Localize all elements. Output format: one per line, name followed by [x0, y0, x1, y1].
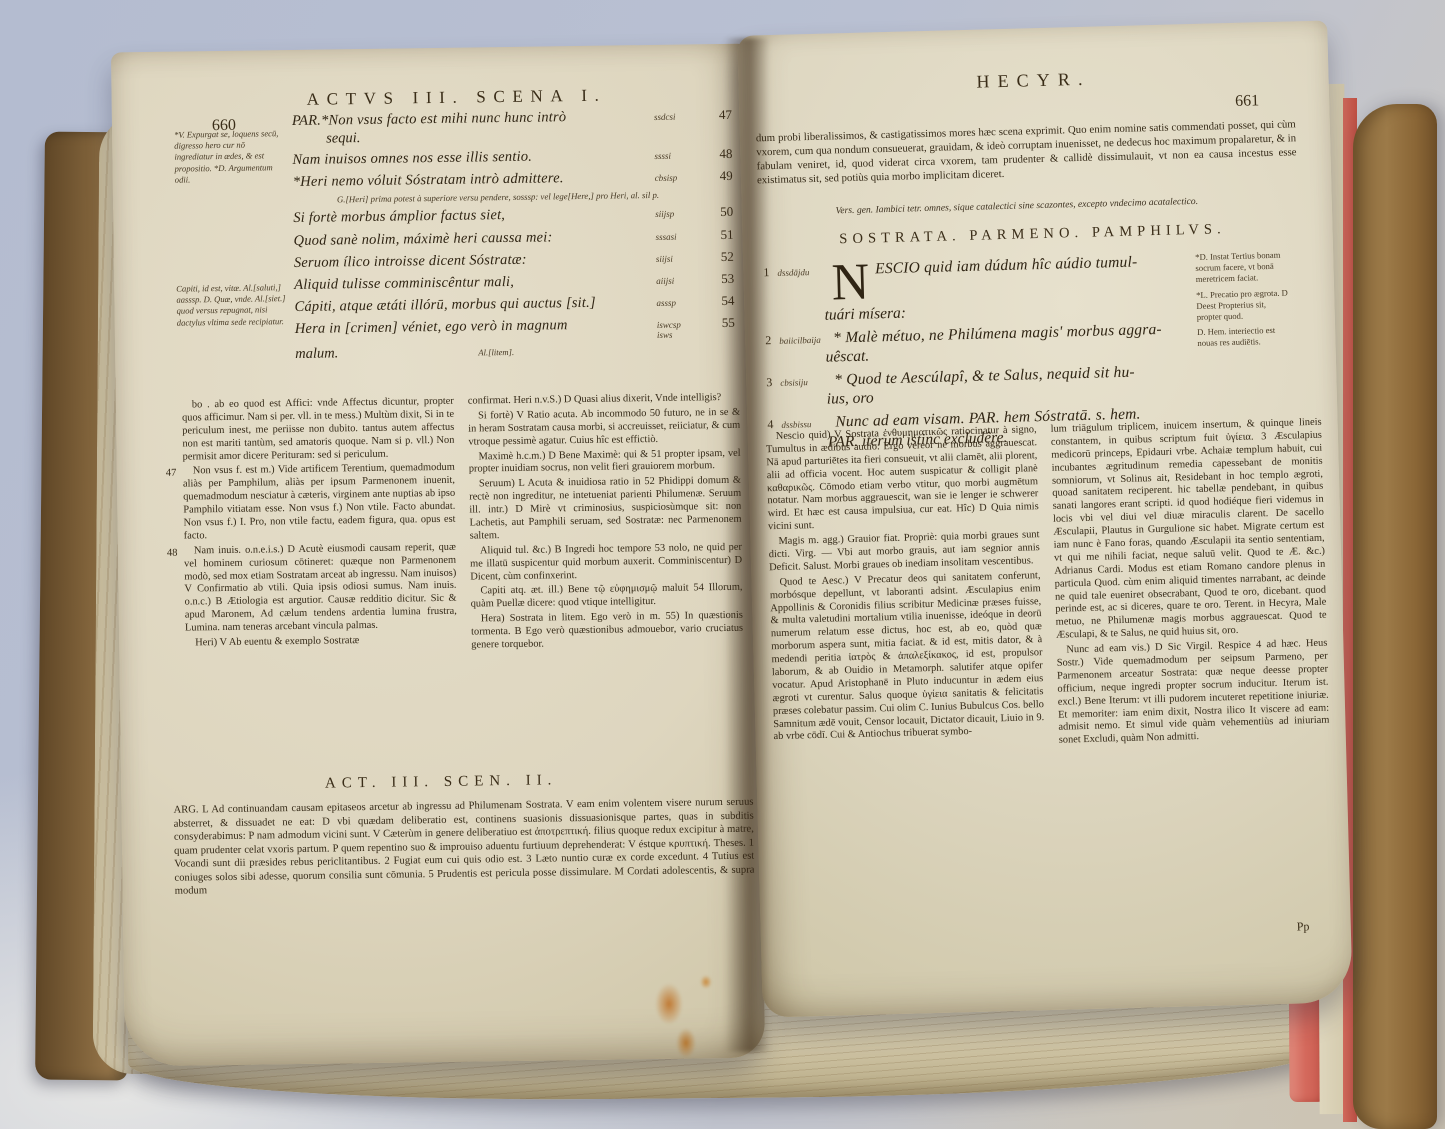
- foxing-stain: [655, 983, 683, 1025]
- left-page-running-head: ACTVS III. SCENA I.: [281, 85, 631, 110]
- verse-line: Cápiti, atque ætáti illórū, morbus qui a…: [294, 292, 734, 316]
- commentary-paragraph: confirmat. Heri n.v.S.) D Quasi alius di…: [468, 392, 740, 409]
- left-commentary-col1: bo . ab eo quod est Affici: vnde Affectu…: [182, 396, 458, 659]
- right-commentary: Nescio quid) V Sostrata ἐνθυμηματικῶς ra…: [766, 417, 1330, 758]
- left-commentary: bo . ab eo quod est Affici: vnde Affectu…: [182, 392, 746, 659]
- scene-characters-heading: SOSTRATA. PARMENO. PAMPHILVS.: [822, 221, 1242, 249]
- commentary-paragraph: 47Non vsus f. est m.) Vide artificem Ter…: [183, 462, 456, 543]
- right-cover-edge: [1353, 104, 1437, 1129]
- verse-ref-number: 48: [167, 546, 178, 559]
- verse-line: Si fortè morbus ámplior factus siet, sii…: [293, 203, 733, 227]
- commentary-paragraph: Magis m. agg.) Grauior fiat. Propriè: qu…: [768, 529, 1040, 575]
- commentary-paragraph: lum triāgulum triplicem, inuicem insertu…: [1051, 417, 1328, 643]
- commentary-paragraph: Hera) Sostrata in litem. Ego verò in m. …: [471, 610, 744, 652]
- left-margin-note-mid: Capiti, id est, vitæ. Al.[saluti,] aasss…: [176, 282, 289, 328]
- verse-variant-note: G.[Heri] prima potest à superiore versu …: [323, 190, 673, 205]
- scene-intro-paragraph: dum probi liberalissimos, & castigatissi…: [756, 117, 1297, 187]
- commentary-paragraph: bo . ab eo quod est Affici: vnde Affectu…: [182, 396, 455, 464]
- commentary-paragraph: Heri) V Ab euentu & exemplo Sostratæ: [185, 634, 457, 651]
- commentary-paragraph: Nunc ad eam vis.) D Sic Virgil. Respice …: [1056, 638, 1330, 748]
- commentary-paragraph: Seruum) L Acuta & inuidiosa ratio in 52 …: [469, 475, 742, 543]
- right-commentary-col2: lum triāgulum triplicem, inuicem insertu…: [1051, 417, 1330, 750]
- verse-variant-subnote: Al.[litem].: [478, 347, 514, 357]
- book-photo: ACTVS III. SCENA I. 660 *V. Expurgat se,…: [0, 0, 1445, 1129]
- left-margin-note-top: *V. Expurgat se, loquens secū, digresso …: [174, 128, 283, 185]
- commentary-paragraph: Si fortè) V Ratio acuta. Ab incommodo 50…: [468, 407, 741, 449]
- commentary-paragraph: Maximè h.c.m.) D Bene Maximè: qui & 51 p…: [469, 447, 741, 477]
- verse-line: Seruom ílico introisse dicent Sóstratæ: …: [294, 247, 734, 271]
- margin-note: *L. Precatio pro ægrota. D Deest Propter…: [1196, 287, 1289, 323]
- gathering-signature: Pp: [1297, 919, 1310, 934]
- verse-line: Nam inuisos omnes nos esse illis sentio.…: [292, 145, 732, 169]
- act3-scene2-argument: ARG. L Ad continuandam causam epitaseos …: [173, 796, 754, 899]
- right-page-running-head: HECYR.: [858, 66, 1208, 96]
- verse-line: malum. Al.[litem].: [295, 343, 735, 366]
- commentary-paragraph: Aliquid tul. &c.) B Ingredi hoc tempore …: [470, 542, 743, 584]
- right-margin-notes: *D. Instat Tertius bonam socrum facere, …: [1195, 250, 1290, 354]
- commentary-paragraph: Quod te Aesc.) V Precatur deos qui sanit…: [769, 570, 1044, 745]
- margin-note: D. Hem. interiectio est nouas res audiēt…: [1197, 325, 1290, 350]
- verse-line: Aliquid tulisse comminiscêntur mali, aii…: [294, 270, 734, 294]
- left-verse-block: PAR.*Non vsus facto est mihi nunc hunc i…: [292, 106, 736, 370]
- commentary-paragraph: Nescio quid) V Sostrata ἐνθυμηματικῶς ra…: [766, 424, 1040, 534]
- verse-line: Hera in [crimen] véniet, ego verò in mag…: [295, 314, 735, 345]
- verse-genus-note: Vers. gen. Iambici tetr. omnes, sique ca…: [782, 194, 1252, 217]
- commentary-paragraph: 48Nam inuis. o.n.e.i.s.) D Acutè eiusmod…: [184, 542, 457, 636]
- act3-scene2-heading: ACT. III. SCEN. II.: [121, 770, 761, 796]
- right-commentary-col1: Nescio quid) V Sostrata ἐνθυμηματικῶς ra…: [766, 424, 1045, 757]
- verse-line: Quod sanè nolim, máximè heri caussa mei:…: [293, 225, 733, 249]
- drop-cap-initial: N: [831, 262, 870, 306]
- verse-ref-number: 47: [166, 467, 177, 480]
- right-page: HECYR. 661 dum probi liberalissimos, & c…: [737, 20, 1353, 1017]
- right-page-number: 661: [1235, 92, 1259, 111]
- foxing-stain: [700, 975, 712, 989]
- verse-line: *Heri nemo vóluit Sóstratam intrò admitt…: [293, 167, 733, 191]
- foxing-stain: [676, 1028, 696, 1058]
- left-page: ACTVS III. SCENA I. 660 *V. Expurgat se,…: [111, 44, 765, 1067]
- commentary-paragraph: Capiti atq. æt. ill.) Bene τῷ εὐφημισμῷ …: [470, 582, 742, 612]
- margin-note: *D. Instat Tertius bonam socrum facere, …: [1195, 250, 1288, 286]
- left-commentary-col2: confirmat. Heri n.v.S.) D Quasi alius di…: [468, 392, 744, 655]
